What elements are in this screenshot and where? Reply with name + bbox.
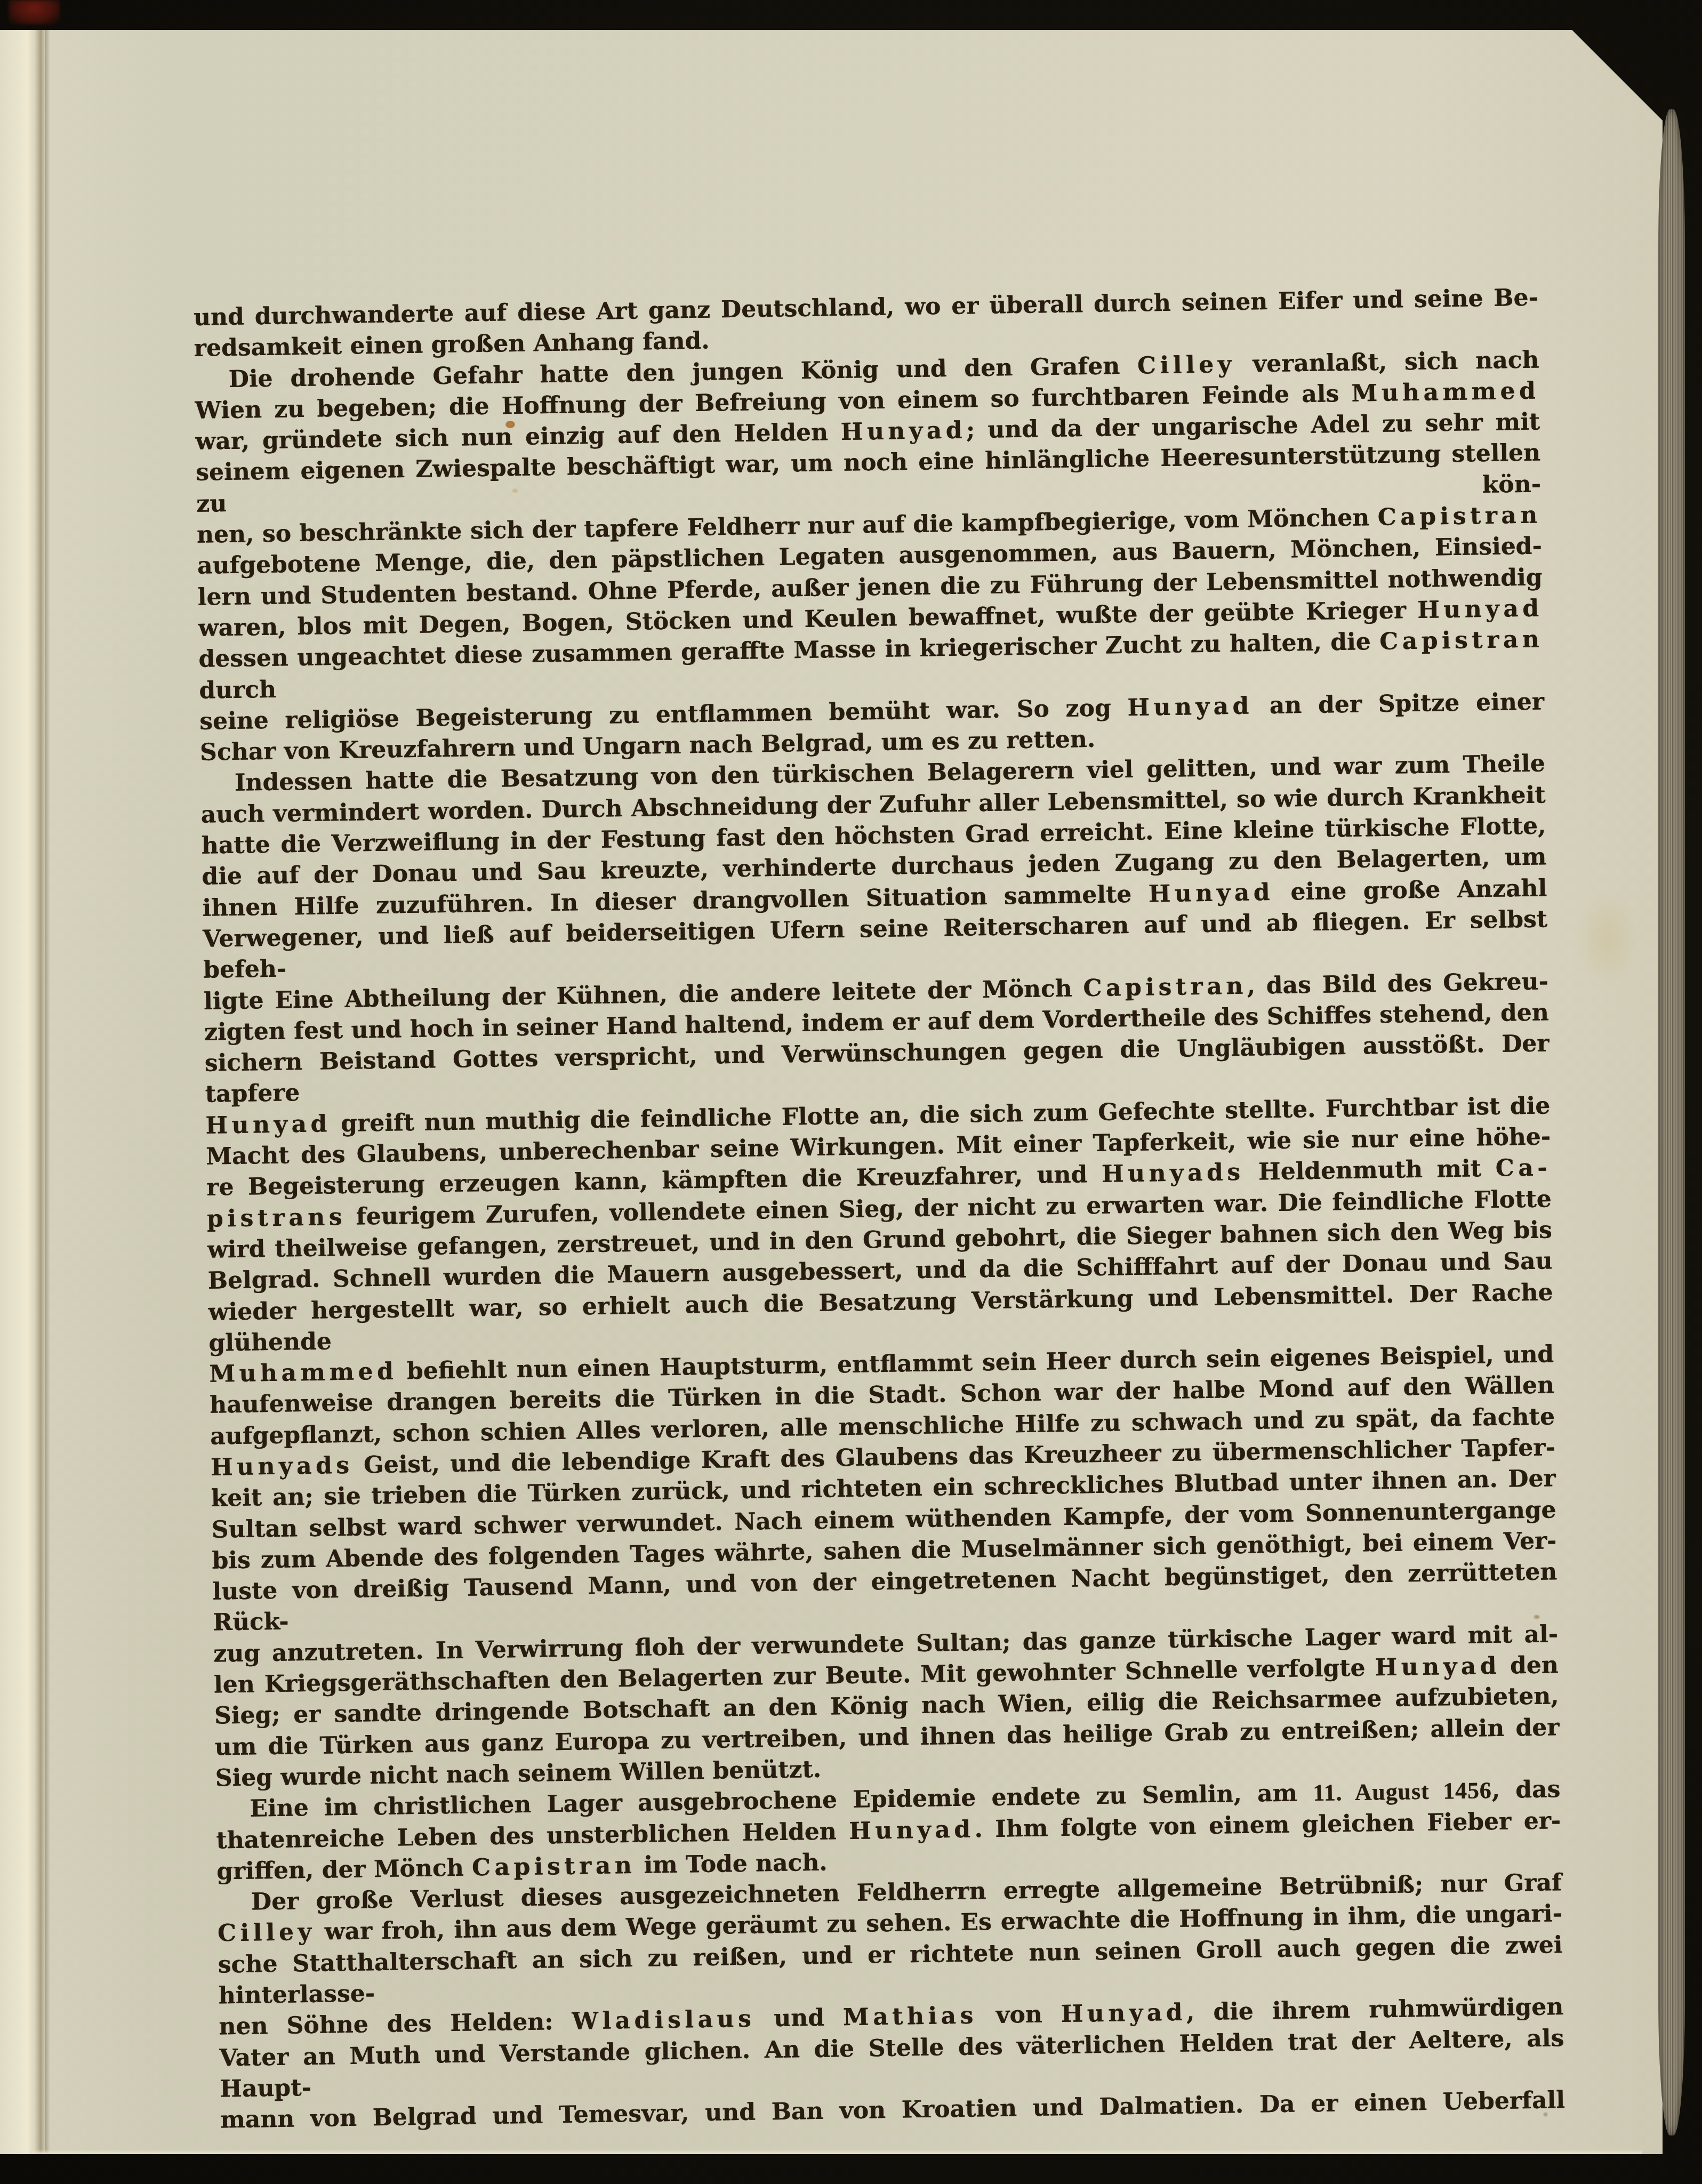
emphasized-name: Hunyad bbox=[1375, 1652, 1500, 1681]
emphasized-name: Hunyad bbox=[205, 1110, 331, 1139]
page-text: und durchwanderte auf diese Art ganz Deu… bbox=[194, 282, 1565, 2136]
emphasized-name: Muhammed bbox=[209, 1358, 398, 1388]
emphasized-name: Cilley bbox=[1137, 351, 1235, 380]
emphasized-name: Hunyad bbox=[1127, 692, 1253, 721]
book-page: und durchwanderte auf diese Art ganz Deu… bbox=[0, 30, 1663, 2154]
emphasized-name: Capistran bbox=[1083, 972, 1247, 1002]
emphasized-name: Ca- bbox=[1495, 1154, 1551, 1183]
emphasized-name: Hunyads bbox=[211, 1452, 354, 1481]
emphasized-name: Hunyad bbox=[1417, 595, 1543, 623]
emphasized-name: Wladislaus bbox=[572, 2005, 755, 2035]
emphasized-name: Hunyad bbox=[1148, 879, 1274, 908]
scanned-book-page: { "document": { "language": "German", "s… bbox=[0, 0, 1702, 2184]
page-gutter-fold bbox=[0, 30, 46, 2154]
red-ink-mark bbox=[9, 0, 60, 25]
antiqua-date: 11. August 1456 bbox=[1313, 1777, 1492, 1806]
emphasized-name: Hunyad bbox=[840, 417, 966, 446]
gutter-crease-shadow bbox=[45, 30, 50, 2154]
book-fore-edge-pages bbox=[1658, 109, 1685, 2135]
emphasized-name: Muhammed bbox=[1351, 377, 1540, 407]
emphasized-name: Capistran bbox=[472, 1852, 636, 1882]
emphasized-name: pistrans bbox=[207, 1203, 347, 1232]
emphasized-name: Hunyad bbox=[849, 1816, 975, 1844]
emphasized-name: Hunyad bbox=[1061, 1999, 1186, 2028]
foxing-stain bbox=[1578, 894, 1637, 984]
emphasized-name: Mathias bbox=[843, 2002, 978, 2032]
emphasized-name: Capistran bbox=[1377, 502, 1542, 532]
emphasized-name: Hunyads bbox=[1102, 1159, 1245, 1188]
paper-bottom-edge-highlight bbox=[32, 2149, 1642, 2154]
emphasized-name: Capistran bbox=[1379, 626, 1544, 656]
emphasized-name: Cilley bbox=[218, 1918, 316, 1947]
